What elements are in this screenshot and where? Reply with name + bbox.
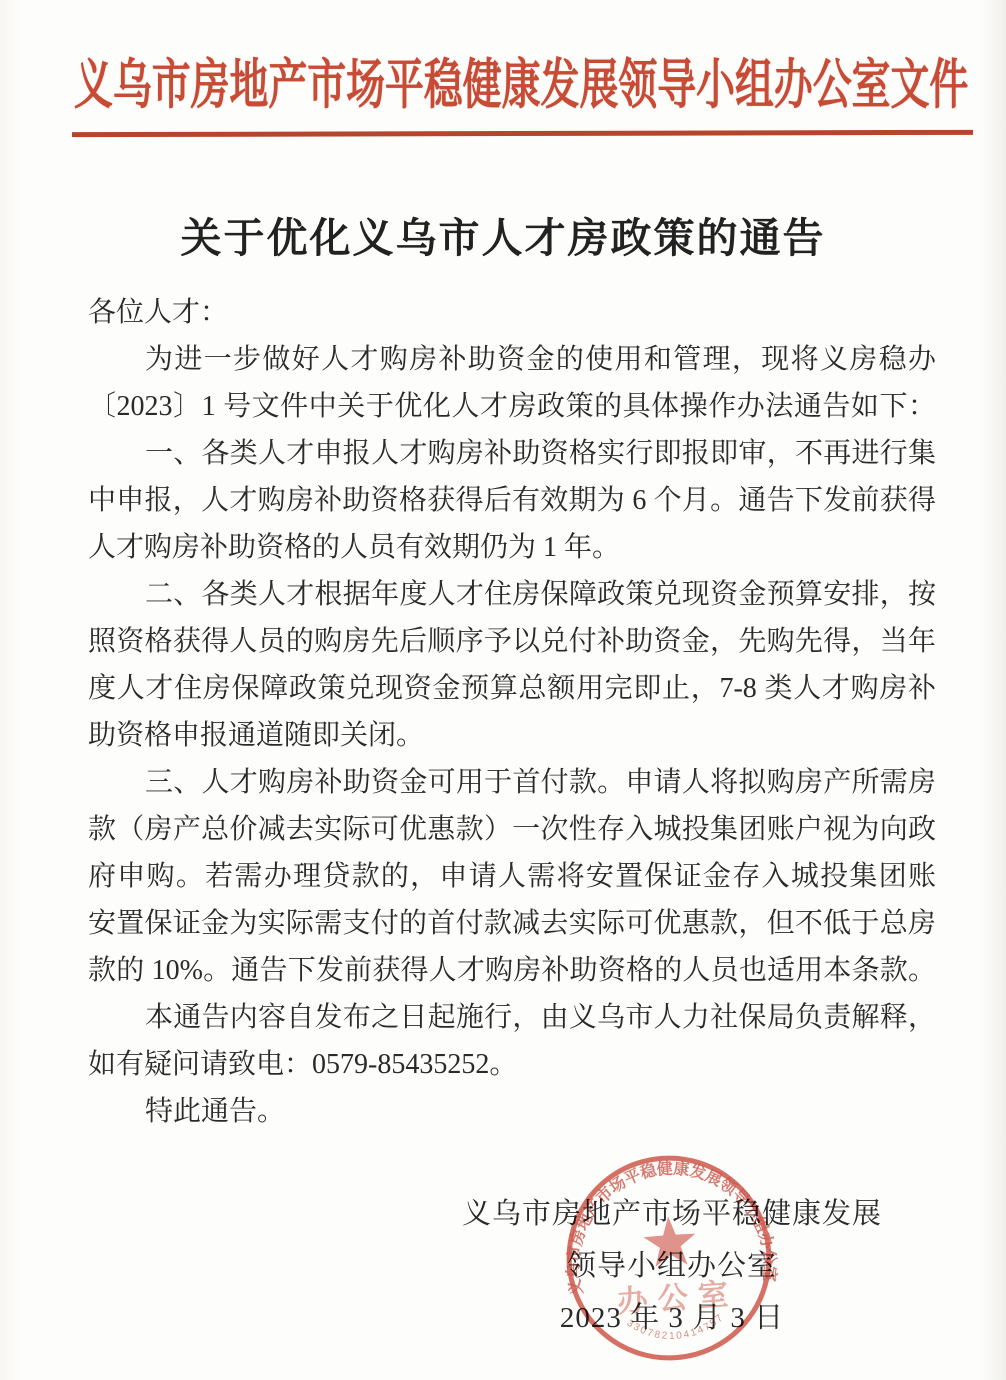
signature-org-line2: 领导小组办公室 — [452, 1240, 892, 1292]
body-line: 为进一步做好人才购房补助资金的使用和管理，现将义房稳办 — [88, 336, 936, 383]
body-line: 安置保证金为实际需支付的首付款减去实际可优惠款，但不低于总房 — [88, 900, 936, 947]
body-line: 一、各类人才申报人才购房补助资格实行即报即审，不再进行集 — [88, 430, 936, 477]
body-line: 〔2023〕1 号文件中关于优化人才房政策的具体操作办法通告如下： — [88, 383, 936, 430]
body-line: 如有疑问请致电：0579-85435252。 — [88, 1041, 936, 1088]
body-line: 中申报，人才购房补助资格获得后有效期为 6 个月。通告下发前获得 — [88, 477, 936, 524]
red-divider-line — [72, 130, 973, 137]
body-line: 特此通告。 — [88, 1088, 936, 1135]
body-line: 三、人才购房补助资金可用于首付款。申请人将拟购房产所需房 — [88, 759, 936, 806]
body-line: 人才购房补助资格的人员有效期仍为 1 年。 — [88, 524, 936, 571]
body-line: 照资格获得人员的购房先后顺序予以兑付补助资金，先购先得，当年 — [88, 618, 936, 665]
body-line: 款的 10%。通告下发前获得人才购房补助资格的人员也适用本条款。 — [88, 947, 936, 994]
body-line: 助资格申报通道随即关闭。 — [88, 712, 936, 759]
signature-org-line1: 义乌市房地产市场平稳健康发展 — [452, 1188, 892, 1240]
body-line: 度人才住房保障政策兑现资金预算总额用完即止，7-8 类人才购房补 — [88, 665, 936, 712]
document-page: 义乌市房地产市场平稳健康发展领导小组办公室文件 关于优化义乌市人才房政策的通告 … — [0, 0, 1006, 1380]
body-line: 款（房产总价减去实际可优惠款）一次性存入城投集团账户视为向政 — [88, 806, 936, 853]
document-title: 关于优化义乌市人才房政策的通告 — [0, 205, 1006, 264]
red-header-banner: 义乌市房地产市场平稳健康发展领导小组办公室文件 — [74, 42, 968, 119]
body-line: 各位人才： — [88, 289, 936, 336]
document-body: 各位人才：为进一步做好人才购房补助资金的使用和管理，现将义房稳办〔2023〕1 … — [88, 289, 936, 1135]
body-line: 本通告内容自发布之日起施行，由义乌市人力社保局负责解释， — [88, 994, 936, 1041]
body-line: 二、各类人才根据年度人才住房保障政策兑现资金预算安排，按 — [88, 571, 936, 618]
body-line: 府申购。若需办理贷款的，申请人需将安置保证金存入城投集团账户， — [88, 853, 936, 900]
signature-date: 2023 年 3 月 3 日 — [452, 1292, 892, 1344]
signature-block: 义乌市房地产市场平稳健康发展 领导小组办公室 2023 年 3 月 3 日 — [452, 1188, 892, 1344]
